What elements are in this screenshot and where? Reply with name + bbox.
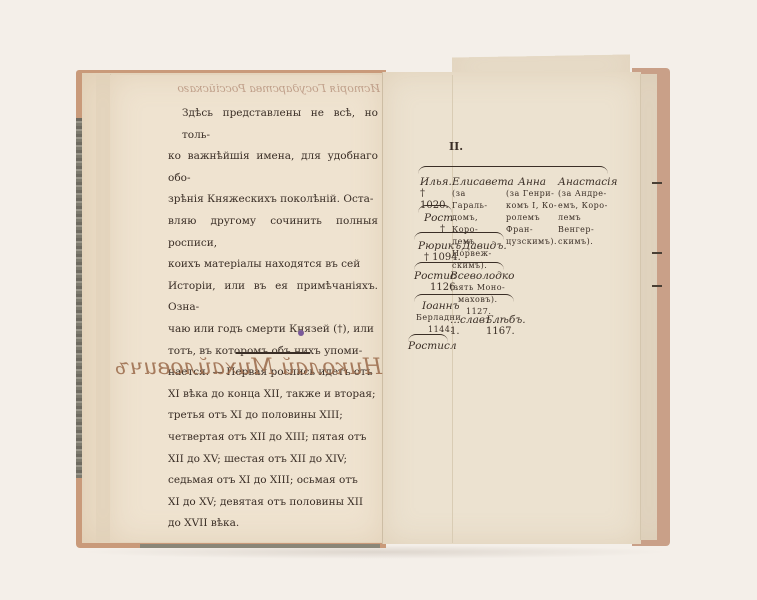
- edge-mark: [652, 182, 662, 184]
- genealogy-entry: Ростисл: [408, 340, 457, 352]
- text-line: ко важнѣйшія имена, для удобнаго обо-: [168, 146, 378, 189]
- genealogy-entry: Анастасія (за Андре- емъ, Коро- лемъ Вен…: [558, 176, 618, 248]
- text-line: до XVII вѣка.: [168, 513, 378, 535]
- text-line: вляю другому сочинить полныя росписи,: [168, 211, 378, 254]
- genealogy-entry: Глѣбъ. 1167.: [486, 314, 526, 338]
- genealogy-entry: Анна (за Генри- комъ I, Ко- ролемъ Фран-…: [506, 176, 558, 248]
- preface-paragraph: Здѣсь представлены не всѣ, но толь- ко в…: [168, 103, 378, 535]
- mirrored-signature: Николай Михайловичъ: [132, 355, 382, 405]
- genealogy-entry: Рюрикъ † 1094.: [418, 240, 461, 264]
- genealogy-entry: Давидъ.: [462, 240, 507, 252]
- text-line: чаю или годъ смерти Князей (†), или: [168, 319, 378, 341]
- text-line: Здѣсь представлены не всѣ, но толь-: [168, 103, 378, 146]
- edge-mark: [652, 285, 662, 287]
- genealogy-brace: [418, 166, 608, 175]
- text-line: Исторіи, или въ ея примѣчаніяхъ. Озна-: [168, 276, 378, 319]
- text-line: седьмая отъ XI до XIII; осьмая отъ: [168, 470, 378, 492]
- text-line: коихъ матеріалы находятся въ сей: [168, 254, 378, 276]
- table-marker: II.: [449, 140, 463, 153]
- text-line: зрѣнія Княжескихъ поколѣній. Оста-: [168, 189, 378, 211]
- text-line: XI до XV; девятая отъ половины XII: [168, 492, 378, 514]
- marbled-bottom-edge: [140, 544, 380, 548]
- text-line: четвертая отъ XII до XIII; пятая отъ: [168, 427, 378, 449]
- edge-mark: [652, 252, 662, 254]
- left-page-stub: [96, 74, 111, 542]
- mirrored-handwritten-header: Исторія Государства Россійскаго: [118, 82, 380, 100]
- right-page-edge-stack: [640, 74, 657, 540]
- text-line: XII до XV; шестая отъ XII до XIV;: [168, 449, 378, 471]
- ink-stain: [298, 330, 304, 336]
- text-line: третья отъ XI до половины XIII;: [168, 405, 378, 427]
- printed-rule: [236, 352, 310, 354]
